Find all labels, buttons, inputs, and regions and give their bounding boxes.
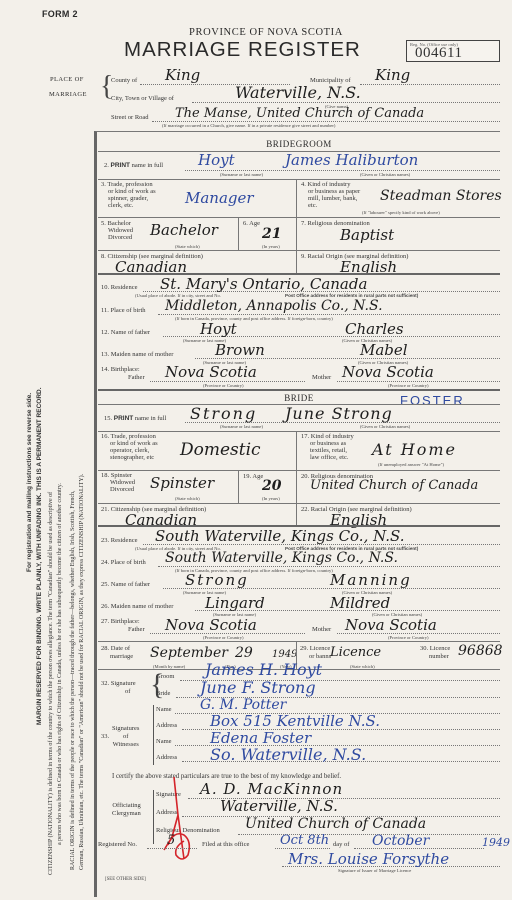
label-line: of [101, 688, 136, 696]
margin-binding-notice: MARGIN RESERVED FOR BINDING. WRITE PLAIN… [36, 387, 43, 725]
signature-label: 32. Signature of [101, 680, 136, 696]
label-line: law office, etc. [301, 454, 354, 461]
print-label: PRINT [114, 415, 134, 422]
field-label: name in full [132, 162, 163, 169]
form-label: FORM 2 [42, 9, 78, 19]
certification-statement: I certify the above stated particulars a… [112, 773, 341, 780]
groom-father-birthplace: Nova Scotia [165, 363, 257, 381]
witness-bracket [153, 705, 154, 765]
dotline [337, 381, 500, 382]
bride-mother-birthplace: Nova Scotia [345, 616, 437, 634]
county-label: County of [111, 77, 137, 84]
groom-residence-label: 10. Residence [101, 284, 137, 291]
groom-surname: Hoyt [198, 151, 235, 169]
margin-instructions: For registration and mailing instruction… [26, 393, 33, 572]
groom-birthplace: Middleton, Annapolis Co., N.S. [165, 298, 383, 314]
label-line: 32. Signature [101, 680, 136, 688]
label-line: Widowed [101, 227, 133, 234]
witness2-address: So. Waterville, N.S. [210, 745, 366, 764]
groom-trade: Manager [185, 189, 254, 207]
bride-father-given: Manning [330, 571, 412, 589]
surname-caption: (Surname or last name) [220, 172, 263, 177]
groom-residence: St. Mary's Ontario, Canada [160, 275, 367, 293]
label-line: Signatures [112, 725, 139, 733]
groom-mother-birthplace: Nova Scotia [342, 363, 434, 381]
reg-number: 004611 [415, 45, 462, 62]
marriage-day: 29 [235, 645, 253, 661]
groom-industry-label: 4. Kind of industry or business as paper… [301, 181, 360, 209]
filed-year: 1949 [482, 836, 510, 849]
street-caption: (If marriage occurred in a Church, give … [162, 123, 335, 128]
bride-signature-label: Bride [156, 690, 170, 697]
bride-father-birthplace: Nova Scotia [165, 616, 257, 634]
divider [98, 641, 500, 642]
bride-signature: June F. Strong [200, 678, 316, 697]
registration-number-box: Reg. No. (Office use only) 004611 [406, 40, 500, 62]
county-value: King [165, 66, 200, 84]
witness1-name-label: Name [156, 706, 172, 713]
label-line: Divorced [101, 234, 133, 241]
dotline [158, 566, 500, 567]
label-line: clerk, etc. [101, 202, 156, 209]
label-line: marriage [101, 653, 133, 661]
issuer-caption: Signature of Issuer of Marriage Licence [338, 868, 411, 873]
province-caption: (Province or Country) [388, 383, 429, 388]
licence-number-label: 30. Licence number [420, 645, 450, 661]
label-line: 28. Date of [101, 645, 133, 653]
field-label: name in full [135, 415, 166, 422]
bride-name-correction: FOSTER [400, 393, 465, 408]
birthplace-caption: (If born in Canada, province, county and… [175, 316, 333, 321]
mother-label: Mother [312, 626, 331, 633]
label-line: stenographer, etc [101, 454, 158, 461]
industry-caption: (If unemployed answer "At Home") [378, 462, 444, 467]
groom-signature: James H. Hoyt [205, 660, 322, 679]
label-line: number [420, 653, 450, 661]
witness-field-number: 33. [101, 733, 109, 740]
filed-label: Filed at this office [202, 841, 249, 848]
bride-father-label: 25. Name of father [101, 581, 150, 588]
groom-father-label: 12. Name of father [101, 329, 150, 336]
groom-birthplace-label: 11. Place of birth [101, 307, 146, 314]
label-line: Officiating [112, 802, 141, 810]
licence-or-banns: Licence [330, 645, 381, 660]
groom-religion: Baptist [340, 226, 394, 244]
marriage-month: September [150, 645, 228, 661]
print-label: PRINT [111, 162, 131, 169]
bride-birthplace: South Waterville, Kings Co., N.S. [165, 550, 398, 566]
father-label: Father [128, 374, 145, 381]
groom-father-given: Charles [345, 320, 404, 338]
groom-signature-label: Groom [156, 673, 174, 680]
bride-mother-label: 26. Maiden name of mother [101, 603, 173, 610]
bride-mother-given: Mildred [330, 594, 390, 612]
province-caption: (Province or Country) [203, 635, 244, 640]
divider [98, 431, 500, 432]
witness2-address-label: Address [156, 754, 177, 761]
marriage-year: 1949 [272, 649, 297, 660]
label-line: or kind of work as [101, 440, 158, 447]
label-line: or business as [301, 440, 354, 447]
label-line: or kind of work as [101, 188, 156, 195]
bride-name-label: 15. PRINT name in full [104, 415, 166, 422]
margin-citizenship-def-1: CITIZENSHIP (NATIONALITY) is defined in … [48, 492, 55, 875]
witnesses-label: Signatures of Witnesses [112, 725, 139, 749]
groom-parents-birthplace-label: 14. Birthplace: [101, 366, 140, 373]
bride-age: 20 [262, 478, 281, 494]
label-line: Clergyman [112, 810, 141, 818]
column-divider [238, 217, 239, 250]
label-line: Divorced [101, 486, 135, 493]
municipality-value: King [375, 66, 410, 84]
dotline [158, 314, 500, 315]
label-line: 4. Kind of industry [301, 181, 360, 188]
label-line: of [112, 733, 139, 741]
bride-age-label: 19. Age [243, 473, 263, 480]
see-other-side: [SEE OTHER SIDE] [105, 877, 146, 882]
label-line: or business as paper [301, 188, 360, 195]
groom-marital-label: 5. Bachelor Widowed Divorced [101, 220, 133, 241]
divider [98, 503, 500, 504]
groom-father-surname: Hoyt [200, 320, 237, 338]
groom-name-dotline [185, 170, 500, 171]
label-line: 5. Bachelor [101, 220, 133, 227]
filed-month: October [372, 833, 429, 849]
city-dotline [192, 102, 500, 103]
issuer-signature: Mrs. Louise Forsythe [288, 850, 449, 868]
label-line: Witnesses [112, 741, 139, 749]
dotline [275, 848, 330, 849]
groom-trade-label: 3. Trade, profession or kind of work as … [101, 181, 156, 209]
label-line: spinner, grader, [101, 195, 156, 202]
label-line: mill, lumber, bank, [301, 195, 360, 202]
label-line: etc. [301, 202, 360, 209]
label-line: 29. Licence [300, 645, 331, 653]
clergy-bracket [153, 790, 154, 844]
province-caption: (Province or Country) [203, 383, 244, 388]
groom-name-label: 2. PRINT name in full [104, 162, 163, 169]
divider [98, 179, 500, 180]
street-value: The Manse, United Church of Canada [175, 106, 424, 121]
label-line: 16. Trade, profession [101, 433, 158, 440]
witness1-address: Box 515 Kentville N.S. [210, 712, 380, 730]
divider [98, 470, 500, 471]
column-divider [296, 179, 297, 273]
groom-age-label: 6. Age [243, 220, 260, 227]
bride-industry-label: 17. Kind of industry or business as text… [301, 433, 354, 461]
licence-number: 96868 [458, 643, 503, 659]
document-title: MARRIAGE REGISTER [124, 38, 361, 62]
mother-label: Mother [312, 374, 331, 381]
label-line: operator, clerk, [101, 447, 158, 454]
groom-marital-status: Bachelor [150, 221, 218, 239]
province-caption: (Province or Country) [388, 635, 429, 640]
margin-citizenship-def-2: a person who was born in Canada or who h… [57, 483, 64, 845]
column-divider [296, 431, 297, 525]
clergy-address: Waterville, N.S. [220, 797, 338, 815]
surname-caption: (Surname or last name) [220, 424, 263, 429]
day-of-label: day of [333, 841, 349, 848]
province-heading: PROVINCE OF NOVA SCOTIA [0, 27, 512, 38]
witness1-name: G. M. Potter [200, 697, 286, 713]
label-line: Widowed [101, 479, 135, 486]
dotline [150, 381, 305, 382]
divider [98, 217, 500, 218]
dotline [147, 848, 197, 849]
column-divider [238, 470, 239, 503]
label-line: 18. Spinster [101, 472, 135, 479]
state-caption: (State which) [175, 496, 200, 501]
bride-father-surname: Strong [185, 571, 249, 589]
label-line: 3. Trade, profession [101, 181, 156, 188]
divider [98, 250, 500, 251]
bride-surname: Strong [190, 404, 257, 423]
witness2-name-label: Name [156, 738, 172, 745]
clergy-denomination: United Church of Canada [245, 816, 426, 832]
bride-birthplace-label: 24. Place of birth [101, 559, 146, 566]
given-caption: (Given or Christian names) [360, 172, 410, 177]
groom-given-names: James Haliburton [285, 151, 418, 169]
city-value: Waterville, N.S. [235, 83, 361, 102]
bride-religion: United Church of Canada [310, 478, 478, 493]
bride-parents-birthplace-label: 27. Birthplace: [101, 618, 140, 625]
clergyman-label: Officiating Clergyman [112, 802, 141, 818]
bride-industry: At Home [372, 440, 457, 459]
groom-mother-label: 13. Maiden name of mother [101, 351, 173, 358]
field-number: 15. [104, 415, 112, 422]
label-line: 30. Licence [420, 645, 450, 653]
groom-industry: Steadman Stores [380, 188, 502, 204]
bride-marital-status: Spinster [150, 474, 214, 492]
age-caption: (In years) [262, 244, 280, 249]
groom-mother-surname: Brown [215, 341, 265, 359]
bride-residence-label: 23. Residence [101, 537, 137, 544]
father-label: Father [128, 626, 145, 633]
clergy-signature: A. D. MacKinnon [200, 780, 343, 798]
licence-banns-label: 29. Licence or banns [300, 645, 331, 661]
street-label: Street or Road [111, 114, 149, 121]
bride-marital-label: 18. Spinster Widowed Divorced [101, 472, 135, 493]
state-caption: (State which) [175, 244, 200, 249]
municipality-dotline [360, 84, 500, 85]
label-line: 17. Kind of industry [301, 433, 354, 440]
place-heading-1: PLACE OF [50, 76, 84, 83]
place-heading-2: MARRIAGE [49, 91, 87, 98]
marriage-date-label: 28. Date of marriage [101, 645, 133, 661]
filed-day: Oct 8th [280, 833, 329, 848]
label-line: textiles, retail, [301, 447, 354, 454]
witness1-address-label: Address [156, 722, 177, 729]
bride-trade: Domestic [180, 440, 261, 460]
bride-residence: South Waterville, Kings Co., N.S. [155, 527, 405, 545]
registered-number: 5 [167, 833, 175, 848]
given-caption: (Given or Christian names) [360, 424, 410, 429]
divider [98, 389, 500, 391]
age-caption: (In years) [262, 496, 280, 501]
groom-mother-given: Mabel [360, 341, 408, 359]
dotline [238, 834, 500, 835]
bride-mother-surname: Lingard [205, 594, 265, 612]
city-label: City, Town or Village of [111, 95, 174, 102]
field-number: 2. [104, 162, 109, 169]
registered-label: Registered No. [98, 841, 137, 848]
industry-caption: (If "labourer" specify kind of work abov… [362, 210, 440, 215]
margin-racial-def-2: German, Russian, Ukrainian, etc. The ter… [79, 474, 86, 870]
bridegroom-heading: BRIDEGROOM [98, 139, 500, 149]
red-check-mark-icon [162, 775, 202, 865]
marriage-register-document: FORM 2 PROVINCE OF NOVA SCOTIA MARRIAGE … [0, 0, 512, 900]
bride-given-names: June Strong [285, 404, 393, 423]
street-dotline [152, 121, 500, 122]
groom-age: 21 [262, 226, 281, 242]
bride-trade-label: 16. Trade, profession or kind of work as… [101, 433, 158, 461]
margin-racial-def-1: RACIAL ORIGIN is defined in terms of the… [70, 490, 77, 870]
